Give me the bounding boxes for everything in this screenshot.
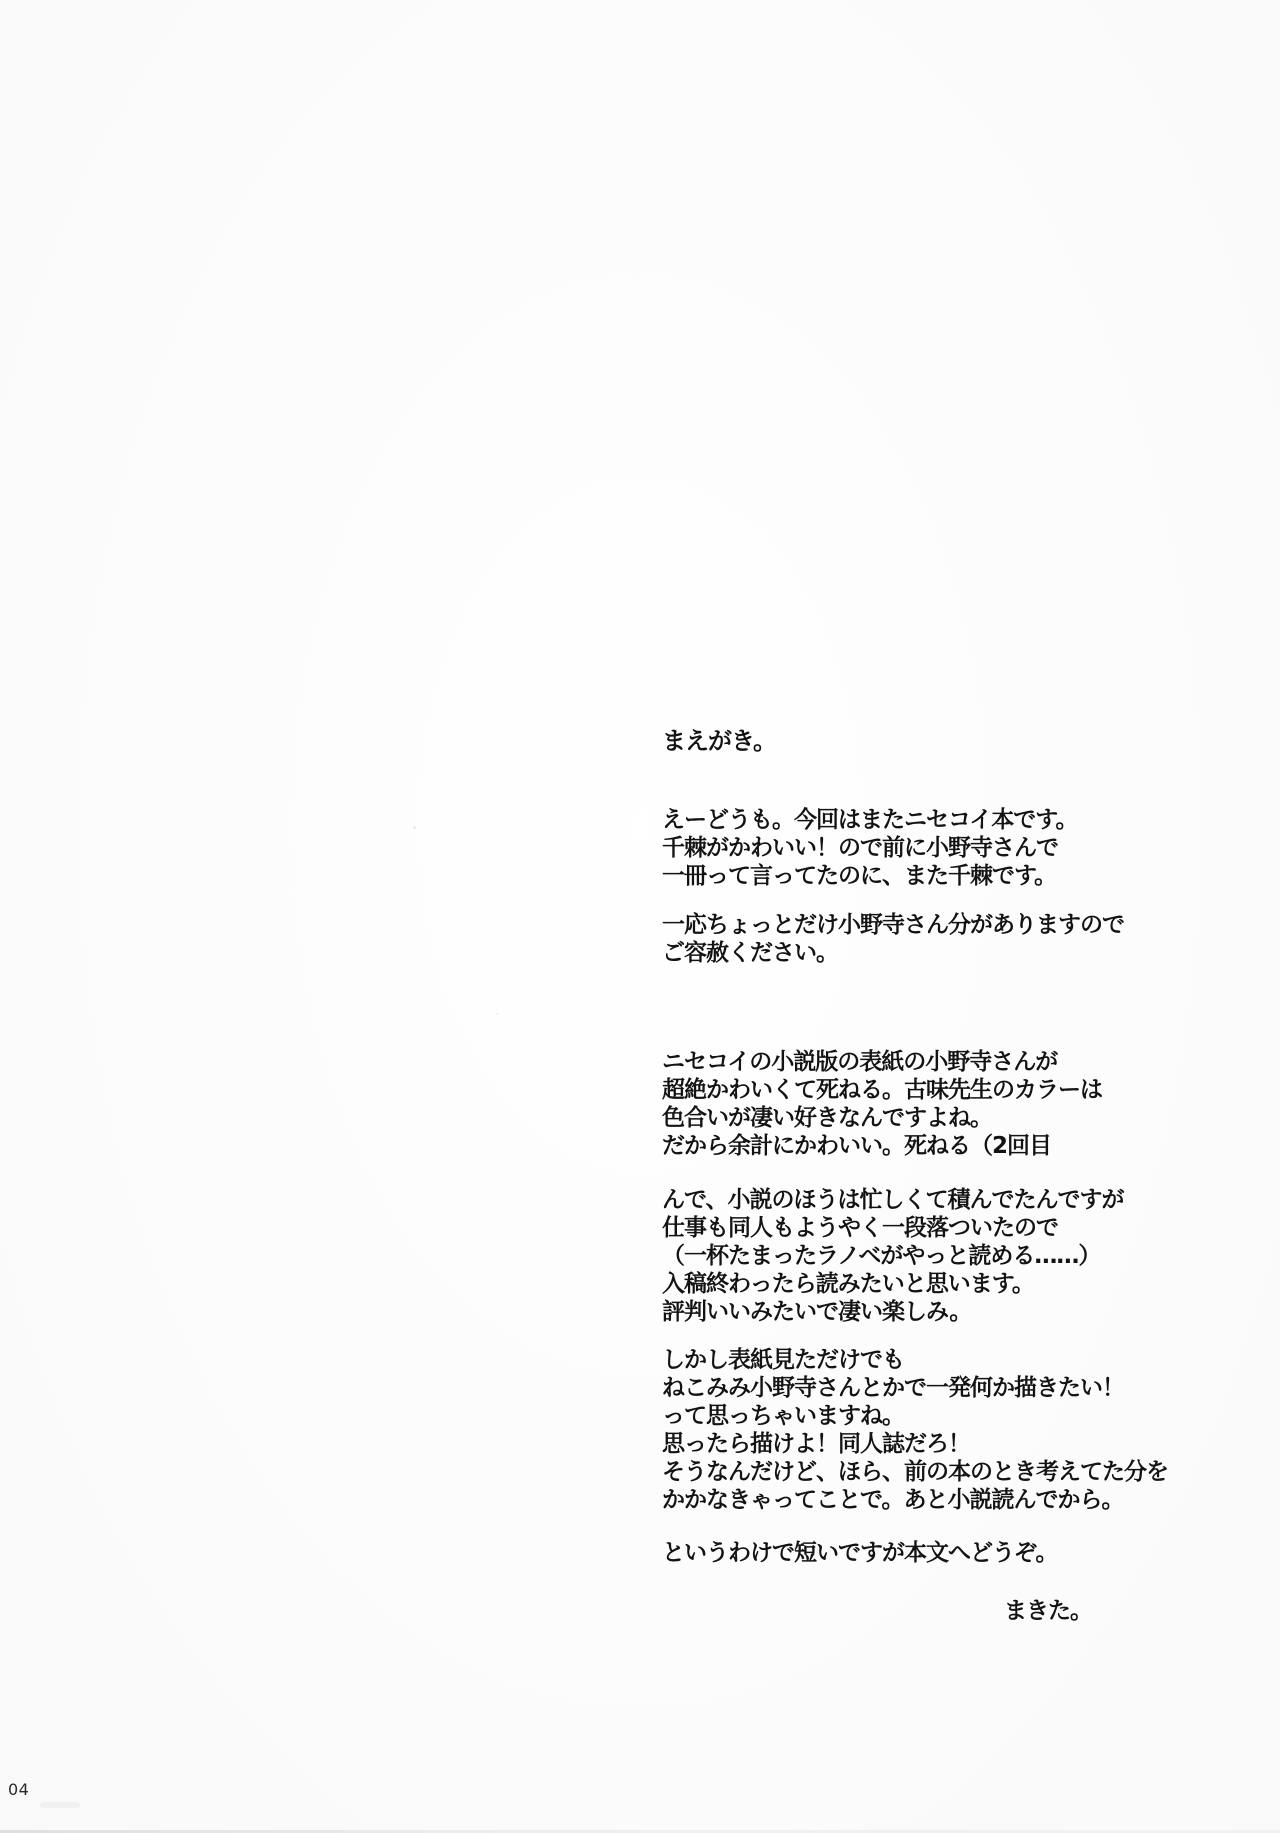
text-line: というわけで短いですが本文へどうぞ。 (662, 1539, 1058, 1567)
text-line: しかし表紙見ただけでも (662, 1346, 1168, 1374)
foreword-title: まえがき。 (662, 721, 776, 756)
text-line: 一応ちょっとだけ小野寺さん分がありますので (662, 911, 1124, 939)
text-line: 仕事も同人もようやく一段落ついたので (662, 1214, 1124, 1242)
text-line: 入稿終わったら読みたいと思います。 (662, 1270, 1124, 1298)
text-line: えーどうも。今回はまたニセコイ本です。 (662, 806, 1077, 834)
text-line: かかなきゃってことで。あと小説読んでから。 (662, 1486, 1168, 1514)
text-line: って思っちゃいますね。 (662, 1402, 1168, 1430)
scan-speck (40, 1802, 80, 1808)
text-line: そうなんだけど、ほら、前の本のとき考えてた分を (662, 1458, 1168, 1486)
text-line: ニセコイの小説版の表紙の小野寺さんが (662, 1048, 1102, 1076)
author-signature: まきた。 (1004, 1592, 1092, 1625)
text-line: んで、小説のほうは忙しくて積んでたんですが (662, 1186, 1124, 1214)
foreword-paragraph-2: 一応ちょっとだけ小野寺さん分がありますので ご容赦ください。 (662, 911, 1124, 967)
scan-speck (413, 826, 416, 829)
text-line: （一杯たまったラノベがやっと読める……） (662, 1242, 1124, 1270)
text-line: 色合いが凄い好きなんですよね。 (662, 1104, 1102, 1132)
scanned-document-page: まえがき。 えーどうも。今回はまたニセコイ本です。 千棘がかわいい！ので前に小野… (0, 0, 1280, 1833)
foreword-paragraph-4: んで、小説のほうは忙しくて積んでたんですが 仕事も同人もようやく一段落ついたので… (662, 1186, 1124, 1326)
foreword-paragraph-3: ニセコイの小説版の表紙の小野寺さんが 超絶かわいくて死ねる。古味先生のカラーは … (662, 1048, 1102, 1160)
foreword-paragraph-1: えーどうも。今回はまたニセコイ本です。 千棘がかわいい！ので前に小野寺さんで 一… (662, 806, 1077, 890)
page-number: 04 (8, 1780, 29, 1799)
text-line: 評判いいみたいで凄い楽しみ。 (662, 1298, 1124, 1326)
foreword-paragraph-5: しかし表紙見ただけでも ねこみみ小野寺さんとかで一発何か描きたい！ って思っちゃ… (662, 1346, 1168, 1514)
text-line: 一冊って言ってたのに、また千棘です。 (662, 862, 1077, 890)
text-line: 思ったら描けよ！同人誌だろ！ (662, 1430, 1168, 1458)
text-line: だから余計にかわいい。死ねる（2回目 (662, 1132, 1102, 1160)
scan-speck (496, 1013, 499, 1015)
foreword-paragraph-6: というわけで短いですが本文へどうぞ。 (662, 1539, 1058, 1567)
text-line: ねこみみ小野寺さんとかで一発何か描きたい！ (662, 1374, 1168, 1402)
text-line: 千棘がかわいい！ので前に小野寺さんで (662, 834, 1077, 862)
text-line: ご容赦ください。 (662, 939, 1124, 967)
text-line: 超絶かわいくて死ねる。古味先生のカラーは (662, 1076, 1102, 1104)
